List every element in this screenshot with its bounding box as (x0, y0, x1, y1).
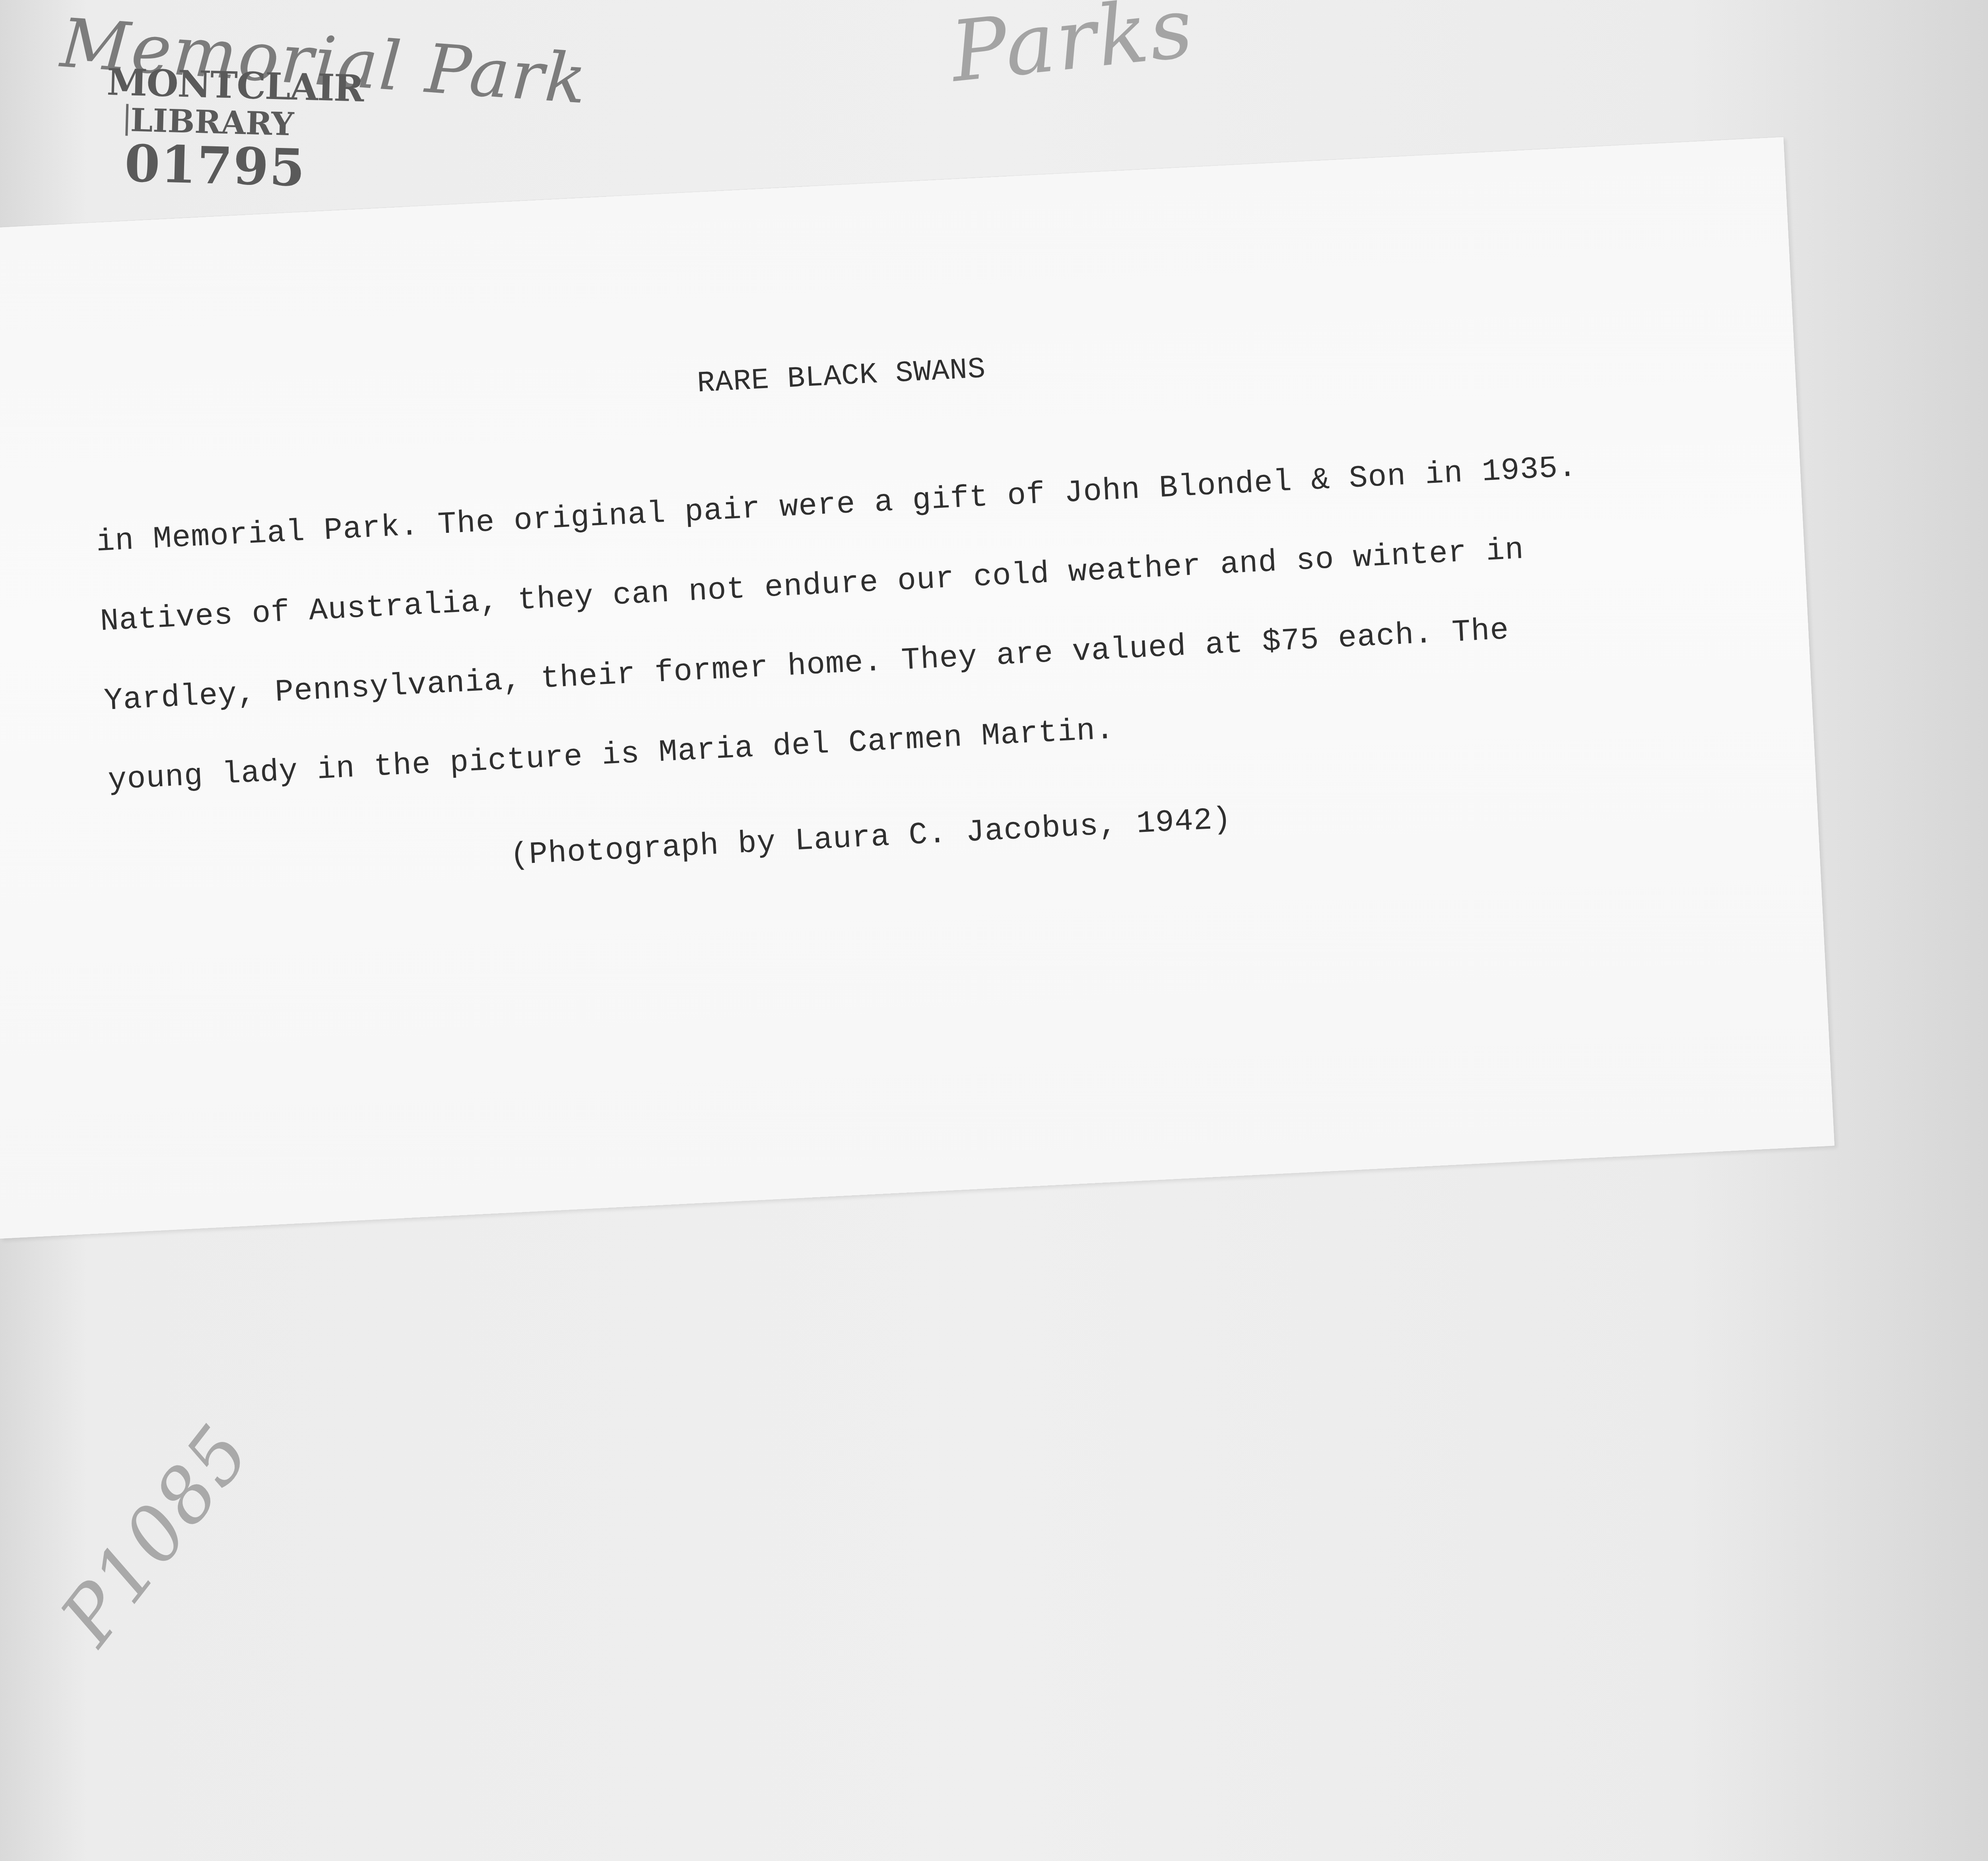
typed-caption-slip: RARE BLACK SWANS in Memorial Park. The o… (0, 137, 1835, 1239)
photo-verso: Memorial Park Parks MONTCLAIR LIBRARY 01… (0, 0, 1988, 1861)
stamp-library-name: MONTCLAIR (107, 64, 364, 107)
caption-title: RARE BLACK SWANS (696, 353, 986, 401)
photo-credit: (Photograph by Laura C. Jacobus, 1942) (509, 802, 1233, 874)
caption-line: young lady in the picture is Maria del C… (107, 713, 1115, 798)
caption-line: Yardley, Pennsylvania, their former home… (103, 613, 1510, 719)
stamp-accession-number: 01795 (124, 138, 362, 195)
library-stamp: MONTCLAIR LIBRARY 01795 (104, 64, 364, 195)
handwritten-catalog-number: P1085 (44, 1408, 268, 1661)
handwritten-category-note: Parks (946, 0, 1199, 101)
